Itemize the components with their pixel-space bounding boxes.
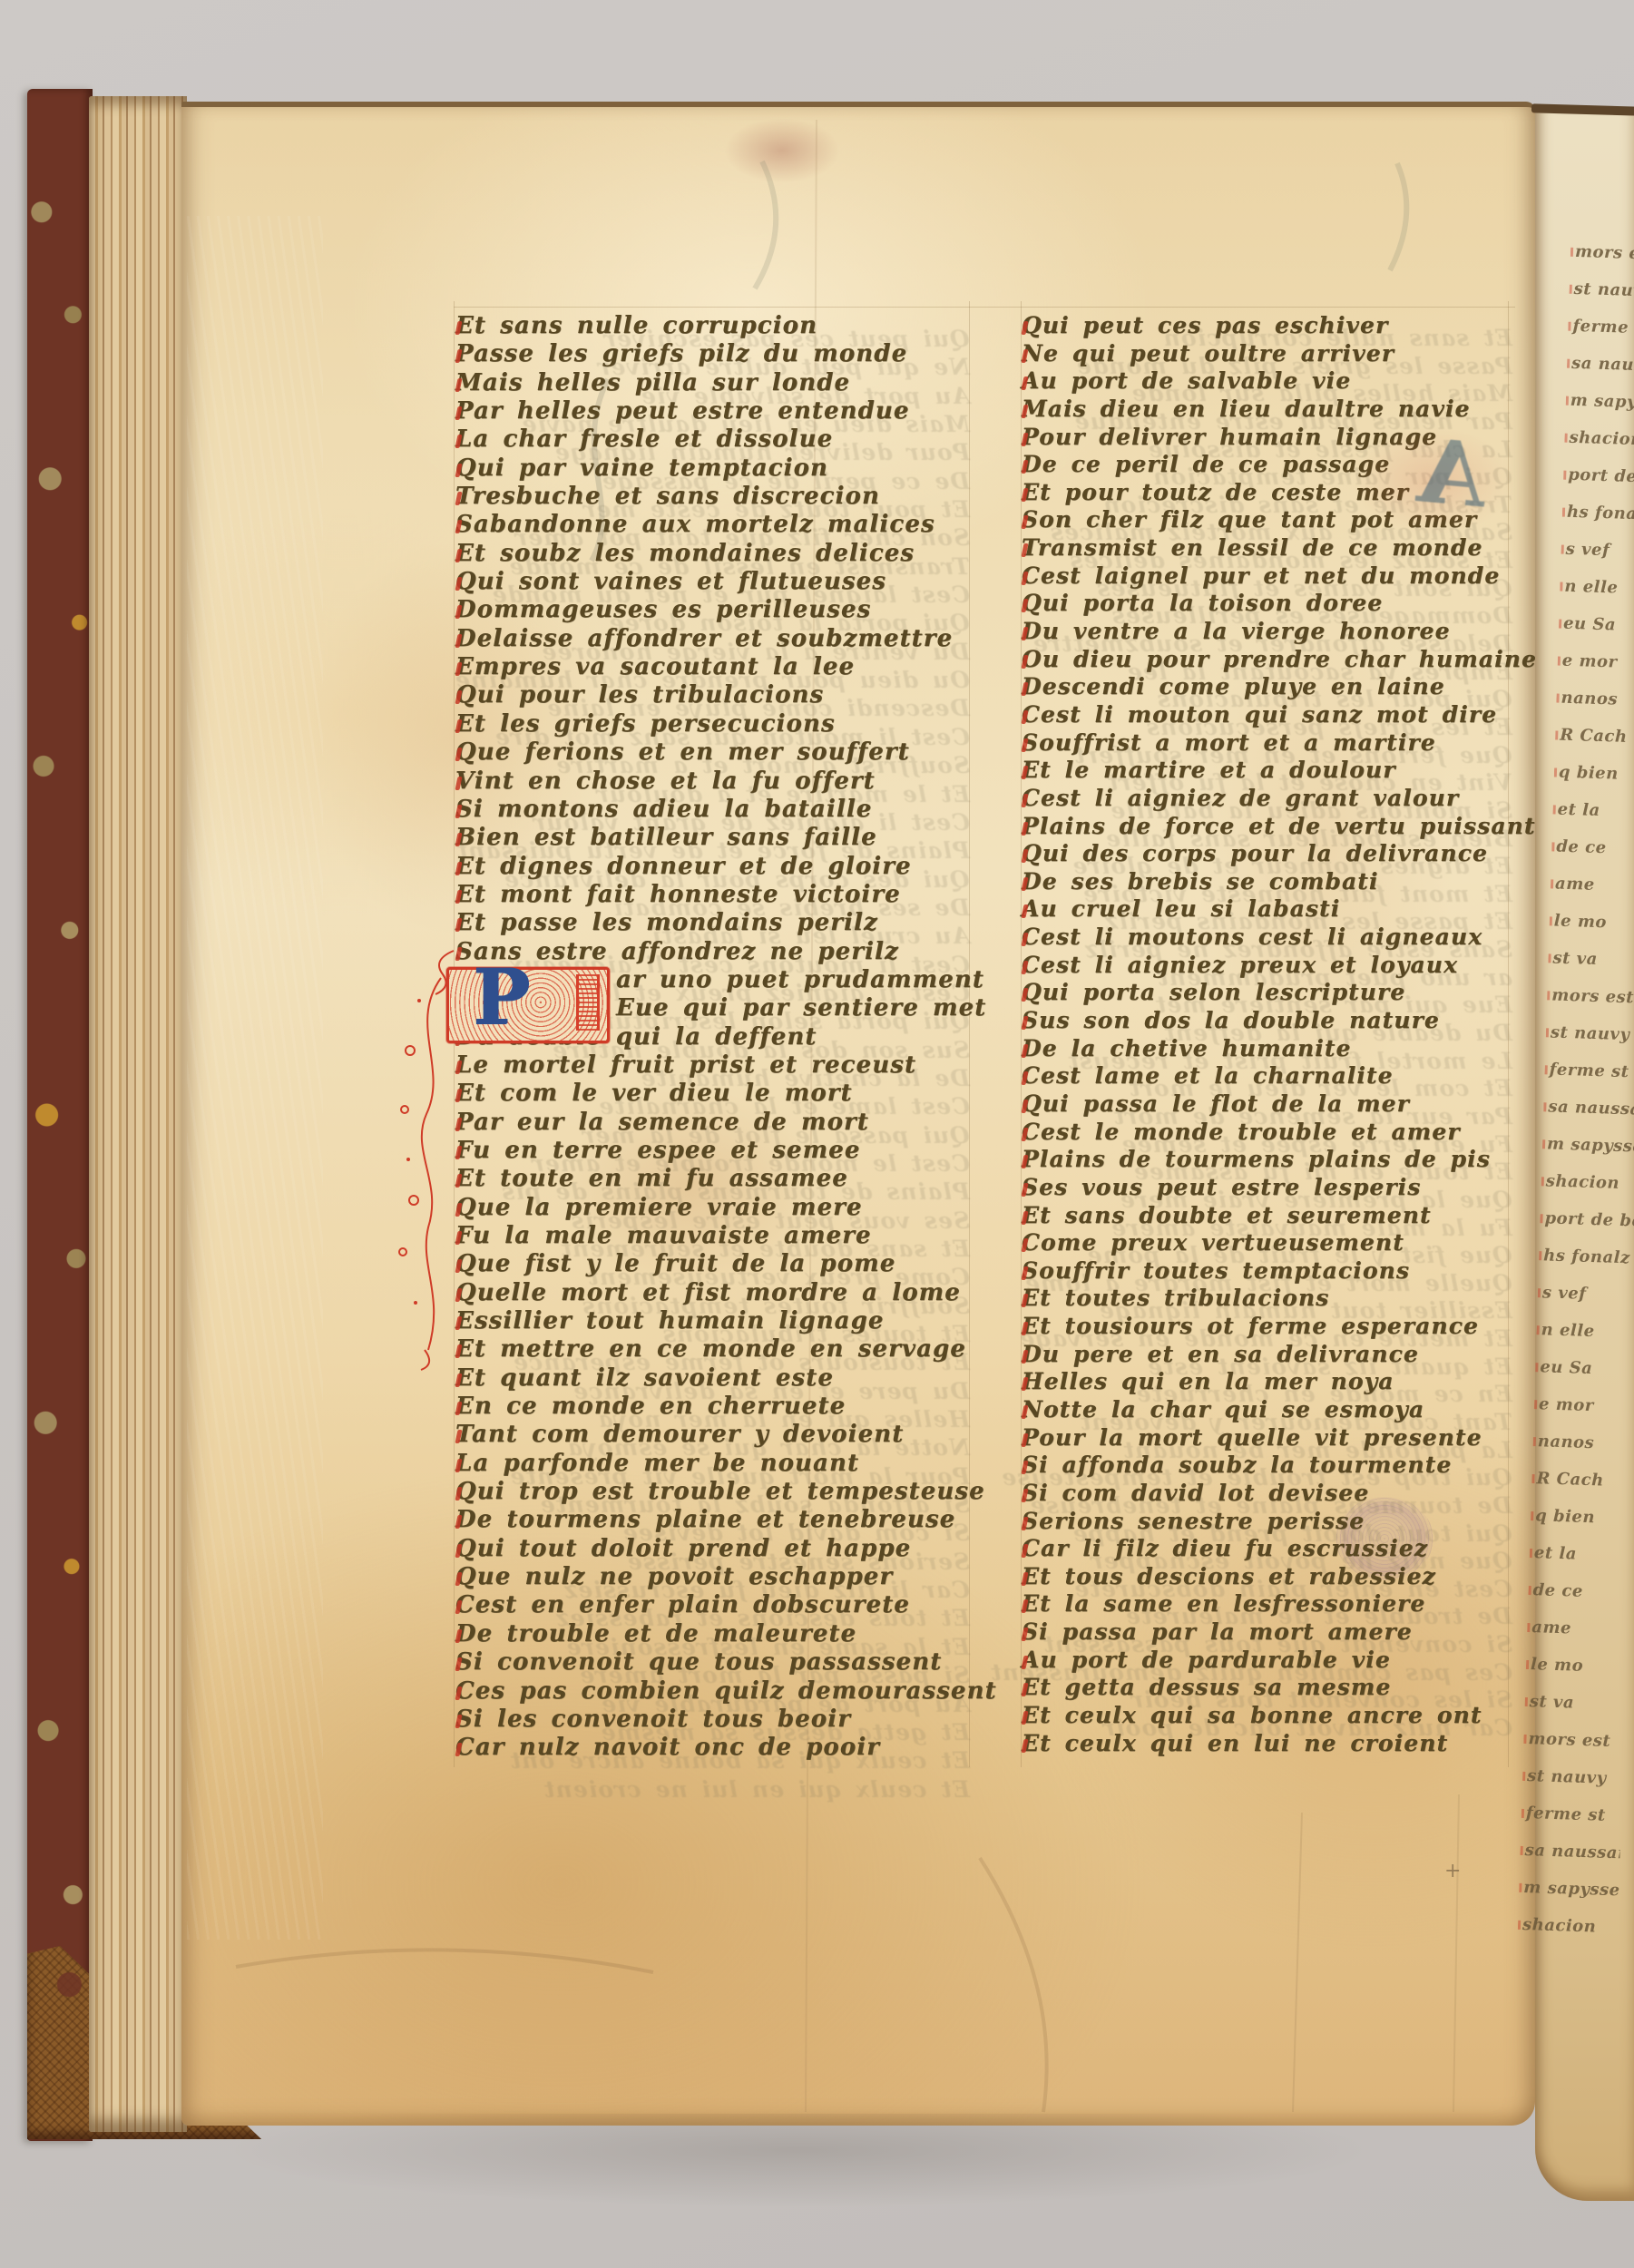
verse-line: Pour la mort quelle vit presente — [1022, 1424, 1512, 1452]
manuscript-page: Qui peut ces pas eschiverNe qui peut oul… — [181, 102, 1535, 2126]
verse-line: Descendi come pluye en laine — [1022, 673, 1512, 701]
verse-line: Que ferions et en mer souffert — [456, 738, 970, 767]
verse-line: Souffrir toutes temptacions — [1022, 1257, 1512, 1286]
fore-edge-fragment: shacion — [1541, 1162, 1634, 1202]
fore-edge-fragment: st va — [1524, 1683, 1625, 1723]
verse-line: Et soubz les mondaines delices — [456, 540, 970, 568]
fore-edge-fragment: eu Sa — [1558, 605, 1634, 645]
verse-line: De la chetive humanite — [1022, 1035, 1512, 1063]
verse-line: Passe les griefs pilz du monde — [456, 340, 970, 368]
verse-line: Que la premiere vraie mere — [456, 1194, 970, 1222]
verse-line: Qui porta la toison doree — [1022, 590, 1512, 618]
fore-edge-fragment: ame — [1550, 865, 1634, 904]
verse-line: Par eur la semence de mort — [456, 1109, 970, 1137]
verse-line: Au port de salvable vie — [1022, 367, 1512, 396]
verse-line: Si affonda soubz la tourmente — [1022, 1452, 1512, 1480]
verse-line: Qui pour les tribulacions — [456, 681, 970, 709]
verse-line: Dommageuses es perilleuses — [456, 596, 970, 624]
fore-edge-fragment: hs fonalz — [1539, 1237, 1634, 1276]
verse-line: Et le martire et a doulour — [1022, 757, 1512, 785]
verse-line: Si com david lot devisee — [1022, 1480, 1512, 1508]
verse-line: Que nulz ne povoit eschapper — [456, 1563, 970, 1591]
fore-edge-fragment: mors est — [1570, 233, 1634, 273]
verse-line: Du pere et en sa delivrance — [1022, 1341, 1512, 1369]
fore-edge-fragment: q bien — [1553, 753, 1634, 793]
fore-edge-fragment: ame — [1527, 1608, 1628, 1648]
verse-line: Qui porta selon lescripture — [1022, 979, 1512, 1007]
fore-edge-fragment: port de bea — [1540, 1199, 1634, 1239]
verse-line: Au port de pardurable vie — [1022, 1647, 1512, 1675]
verse-line: Cest lame et la charnalite — [1022, 1062, 1512, 1090]
fore-edge-fragment: sa naussanc — [1543, 1088, 1634, 1128]
fore-edge-fragment: le mo — [1525, 1646, 1626, 1686]
verse-line: Vint en chose et la fu offert — [456, 767, 970, 796]
verse-line: Au cruel leu si labasti — [1022, 895, 1512, 924]
verse-line: Et ceulx qui sa bonne ancre ont — [1022, 1702, 1512, 1730]
verse-line: Cest laignel pur et net du monde — [1022, 562, 1512, 591]
ruling-top — [454, 307, 1515, 308]
verse-line: Qui trop est trouble et tempesteuse — [456, 1478, 970, 1506]
fore-edge-fragment: nanos — [1556, 679, 1634, 719]
fore-edge-fragment: R Cach — [1531, 1460, 1632, 1500]
verse-line: Et passe les mondains perilz — [456, 909, 970, 937]
verse-line: Fu en terre espee et semee — [456, 1137, 970, 1165]
fore-edge-fragment: eu Sa — [1535, 1348, 1634, 1388]
verse-line: Qui tout doloit prend et happe — [456, 1535, 970, 1563]
verse-line: Tresbuche et sans discrecion — [456, 483, 970, 511]
verse-line: Ses vous peut estre lesperis — [1022, 1174, 1512, 1202]
fore-edge-fragment: m sapysse — [1541, 1125, 1634, 1165]
verse-line: Et tous descions et rabessiez — [1022, 1563, 1512, 1591]
fore-edge-fragment: shacion — [1517, 1906, 1618, 1946]
verse-line: Et mettre en ce monde en servage — [456, 1335, 970, 1364]
verse-line: Et com le ver dieu le mort — [456, 1080, 970, 1108]
fore-edge-fragment: e mor — [1557, 642, 1634, 682]
verse-line: Cest le monde trouble et amer — [1022, 1119, 1512, 1147]
verse-line: De ses brebis se combati — [1022, 868, 1512, 896]
plus-mark: + — [1444, 1860, 1461, 1882]
verse-line: Plains de tourmens plains de pis — [1022, 1146, 1512, 1174]
verse-line: Mais dieu en lieu daultre navie — [1022, 396, 1512, 424]
fore-edge-fragment: n elle — [1536, 1311, 1634, 1351]
fore-edge-fragment: st nauvy — [1569, 270, 1634, 310]
verse-line: Et sans doubte et seurement — [1022, 1202, 1512, 1230]
vellum-texture — [187, 216, 323, 1940]
verse-line: Qui peut ces pas eschiver — [1022, 312, 1512, 340]
stain-top — [724, 118, 840, 183]
fore-edge-pages: mors estst nauvyferme stsa naussancm sap… — [1535, 107, 1634, 2201]
fore-edge-fragment: st nauvy — [1522, 1757, 1623, 1797]
verse-line: Sus son dos la double nature — [1022, 1007, 1512, 1035]
fore-edge-fragment: st va — [1548, 939, 1634, 979]
verse-line: Du ventre a la vierge honoree — [1022, 618, 1512, 646]
verse-line: Et ceulx qui en lui ne croient — [456, 1775, 970, 1804]
fore-edge-fragment: ferme st — [1544, 1051, 1634, 1090]
verse-line: Come preux vertueusement — [1022, 1229, 1512, 1257]
photo-backdrop: Qui peut ces pas eschiverNe qui peut oul… — [0, 0, 1634, 2268]
verse-line: Et getta dessus sa mesme — [1022, 1674, 1512, 1702]
verse-line: Cest li mouton qui sanz mot dire — [1022, 701, 1512, 729]
fore-edge-fragment: sa naussanc — [1566, 345, 1634, 385]
verse-line: Serions senestre perisse — [1022, 1508, 1512, 1536]
verse-line: Ou dieu pour prendre char humaine — [1022, 646, 1512, 674]
verse-line: Mais helles pilla sur londe — [456, 369, 970, 397]
verse-line: Qui passa le flot de la mer — [1022, 1090, 1512, 1119]
fore-edge-fragment: port de bea — [1563, 456, 1634, 496]
verse-line: Delaisse affondrer et soubzmettre — [456, 625, 970, 653]
verse-line: En ce monde en cherruete — [456, 1393, 970, 1421]
fore-edge-fragment: s vef — [1537, 1274, 1634, 1314]
verse-line: Sabandonne aux mortelz malices — [456, 511, 970, 539]
fore-edge-fragment: mors est — [1523, 1720, 1624, 1760]
verse-line: Cest li moutons cest li aigneaux — [1022, 924, 1512, 952]
verse-line: La parfonde mer be nouant — [456, 1450, 970, 1478]
fore-edge-fragment: shacion — [1564, 419, 1634, 459]
illuminated-initial: P — [446, 967, 610, 1043]
verse-line: Et les griefs persecucions — [456, 710, 970, 738]
book-cover-board — [27, 89, 93, 2141]
verse-line: La char fresle et dissolue — [456, 425, 970, 454]
verse-line: Si passa par la mort amere — [1022, 1618, 1512, 1647]
verse-line: Et quant ilz savoient este — [456, 1364, 970, 1393]
verse-line: Transmist en lessil de ce monde — [1022, 534, 1512, 562]
verse-line: Souffrist a mort et a martire — [1022, 729, 1512, 758]
fore-edge-fragment: q bien — [1531, 1497, 1631, 1537]
verse-line: Helles qui en la mer noya — [1022, 1368, 1512, 1396]
initial-letter: P — [473, 959, 530, 1035]
verse-line: Ces pas combien quilz demourassent — [456, 1677, 970, 1706]
verse-line: Qui par vaine temptacion — [456, 455, 970, 483]
verse-line: De trouble et de maleurete — [456, 1620, 970, 1648]
verse-line: Et tousiours ot ferme esperance — [1022, 1313, 1512, 1341]
verse-line: Si convenoit que tous passassent — [456, 1648, 970, 1677]
verse-line: Et la same en lesfressoniere — [1022, 1590, 1512, 1618]
fore-edge-fragment: m sapysse — [1565, 382, 1634, 422]
fore-edge-fragment: n elle — [1560, 568, 1634, 608]
verse-line: Notte la char qui se esmoya — [1022, 1396, 1512, 1424]
verse-line: Essillier tout humain lignage — [456, 1307, 970, 1335]
fore-edge-fragment: de ce — [1528, 1571, 1629, 1611]
fore-edge-fragment: de ce — [1551, 827, 1634, 867]
verse-line: Et ceulx qui en lui ne croient — [1022, 1730, 1512, 1758]
fore-edge-fragment: e mor — [1533, 1385, 1634, 1425]
verse-line: Et dignes donneur et de gloire — [456, 853, 970, 881]
verse-line: Fu la male mauvaiste amere — [456, 1222, 970, 1250]
fore-edge-fragment: et la — [1529, 1534, 1629, 1574]
initial-red-bar-ornament — [576, 974, 600, 1031]
verse-line: Car nulz navoit onc de pooir — [456, 1734, 970, 1762]
verse-line: Bien est batilleur sans faille — [456, 824, 970, 852]
verse-line: Si montons adieu la bataille — [456, 796, 970, 824]
verse-line: Plains de force et de vertu puissant — [1022, 813, 1512, 841]
verse-line: Cest li aigniez de grant valour — [1022, 785, 1512, 813]
fore-edge-fragment: s vef — [1561, 531, 1634, 571]
fore-edge-fragment: ferme st — [1521, 1794, 1621, 1834]
verse-line: De tourmens plaine et tenebreuse — [456, 1506, 970, 1534]
verse-line: Cest en enfer plain dobscurete — [456, 1591, 970, 1619]
verse-line: Car li filz dieu fu escrussiez — [1022, 1535, 1512, 1563]
offset-initial-mark: A — [1365, 422, 1490, 523]
verse-line: Sans estre affondrez ne perilz — [456, 938, 970, 966]
verse-line: Cest li aigniez preux et loyaux — [1022, 952, 1512, 980]
verse-line: Et toute en mi fu assamee — [456, 1165, 970, 1193]
fore-edge-fragment: mors est — [1547, 976, 1634, 1016]
verse-line: Par helles peut estre entendue — [456, 397, 970, 425]
fore-edge-fragment: hs fonalz — [1561, 494, 1634, 533]
fore-edge-fragment: nanos — [1532, 1422, 1633, 1462]
verse-line: Si les convenoit tous beoir — [456, 1706, 970, 1734]
fore-edge-fragment: sa naussanc — [1520, 1832, 1620, 1872]
fore-edge-fragment: R Cach — [1555, 716, 1634, 756]
verse-line: Et toutes tribulacions — [1022, 1285, 1512, 1313]
verse-line: Qui des corps pour la delivrance — [1022, 840, 1512, 868]
fore-edge-text: mors estst nauvyferme stsa naussancm sap… — [1517, 233, 1634, 1947]
verse-line: Ne qui peut oultre arriver — [1022, 340, 1512, 368]
fore-edge-fragment: ferme st — [1568, 308, 1634, 347]
verse-line: Quelle mort et fist mordre a lome — [456, 1279, 970, 1307]
fore-edge-fragment: m sapysse — [1519, 1869, 1619, 1909]
verse-line: Empres va sacoutant la lee — [456, 653, 970, 681]
verse-line: Tant com demourer y devoient — [456, 1421, 970, 1449]
verse-line: Et sans nulle corrupcion — [456, 312, 970, 340]
verse-line: Qui sont vaines et flutueuses — [456, 568, 970, 596]
fore-edge-fragment: et la — [1552, 790, 1634, 830]
fore-edge-fragment: le mo — [1549, 902, 1634, 942]
gutter-page-edges — [89, 96, 187, 2132]
fore-edge-fragment: st nauvy — [1545, 1013, 1634, 1053]
verse-line: Et mont fait honneste victoire — [456, 881, 970, 909]
verse-line: Que fist y le fruit de la pome — [456, 1250, 970, 1278]
verse-line: Le mortel fruit prist et receust — [456, 1051, 970, 1080]
